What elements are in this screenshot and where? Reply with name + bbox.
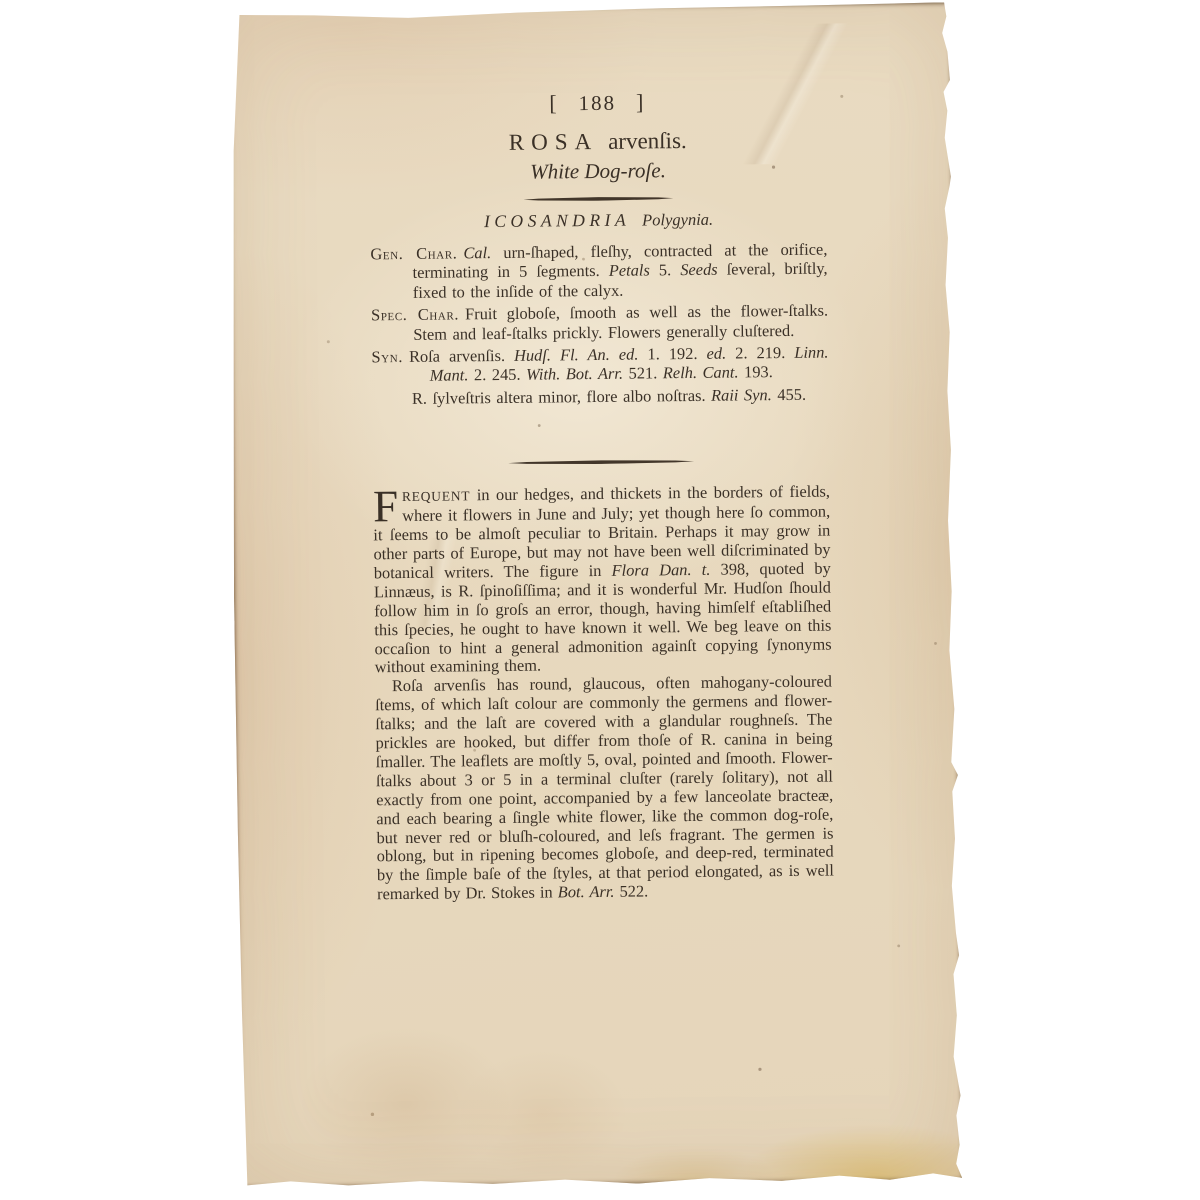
linnaean-class: ICOSANDRIA	[484, 210, 630, 232]
page-number-value: 188	[578, 91, 616, 115]
classification-line: ICOSANDRIAPolygynia.	[370, 208, 827, 234]
page-title: ROSAarvenſis.	[369, 127, 826, 158]
synonym-2-text: R. ſylveſtris altera minor, flore albo n…	[412, 385, 806, 408]
spec-char-text: Fruit globoſe, ſmooth as well as the flo…	[413, 301, 828, 344]
foxing-specks	[228, 10, 230, 12]
page-number: [188]	[369, 88, 826, 119]
gen-char-label: Gen. Char.	[370, 243, 457, 263]
divider-rule-body	[508, 459, 694, 465]
paper-sheet: [188] ROSAarvenſis. White Dog-roſe. ICOS…	[228, 2, 962, 1187]
body-paragraph-2: Roſa arvenſis has round, glaucous, often…	[375, 673, 834, 905]
gen-char-entry: Gen. Char.Cal. urn-ſhaped, fleſhy, contr…	[370, 240, 828, 303]
title-species: arvenſis.	[608, 128, 687, 154]
body-paragraph-1: FREQUENT in our hedges, and thickets in …	[373, 483, 832, 678]
common-name: White Dog-roſe.	[369, 157, 826, 187]
page-number-bracket-left: [	[549, 90, 559, 115]
divider-rule-top	[523, 196, 673, 202]
title-genus: ROSA	[509, 129, 599, 155]
taxonomy-entries: Gen. Char.Cal. urn-ſhaped, fleſhy, contr…	[370, 240, 829, 409]
body-paragraph-1-text: REQUENT in our hedges, and thickets in t…	[373, 482, 831, 677]
body-paragraph-2-text: Roſa arvenſis has round, glaucous, often…	[375, 672, 834, 904]
gen-char-text: Cal. urn-ſhaped, fleſhy, contracted at t…	[413, 240, 828, 302]
synonym-text: Roſa arvenſis. Hudſ. Fl. An. ed. 1. 192.…	[409, 343, 829, 386]
synonym-entry: Syn.Roſa arvenſis. Hudſ. Fl. An. ed. 1. …	[371, 343, 828, 387]
synonym-label: Syn.	[371, 347, 403, 366]
synonym-entry-2: R. ſylveſtris altera minor, flore albo n…	[372, 384, 829, 408]
printed-text-block: [188] ROSAarvenſis. White Dog-roſe. ICOS…	[368, 4, 834, 905]
linnaean-order: Polygynia.	[642, 210, 713, 230]
drop-cap-initial: F	[373, 487, 402, 524]
spec-char-label: Spec. Char.	[371, 305, 459, 325]
page-number-bracket-right: ]	[636, 89, 646, 114]
scan-background: [188] ROSAarvenſis. White Dog-roſe. ICOS…	[0, 0, 1200, 1200]
spec-char-entry: Spec. Char.Fruit globoſe, ſmooth as well…	[371, 301, 828, 345]
